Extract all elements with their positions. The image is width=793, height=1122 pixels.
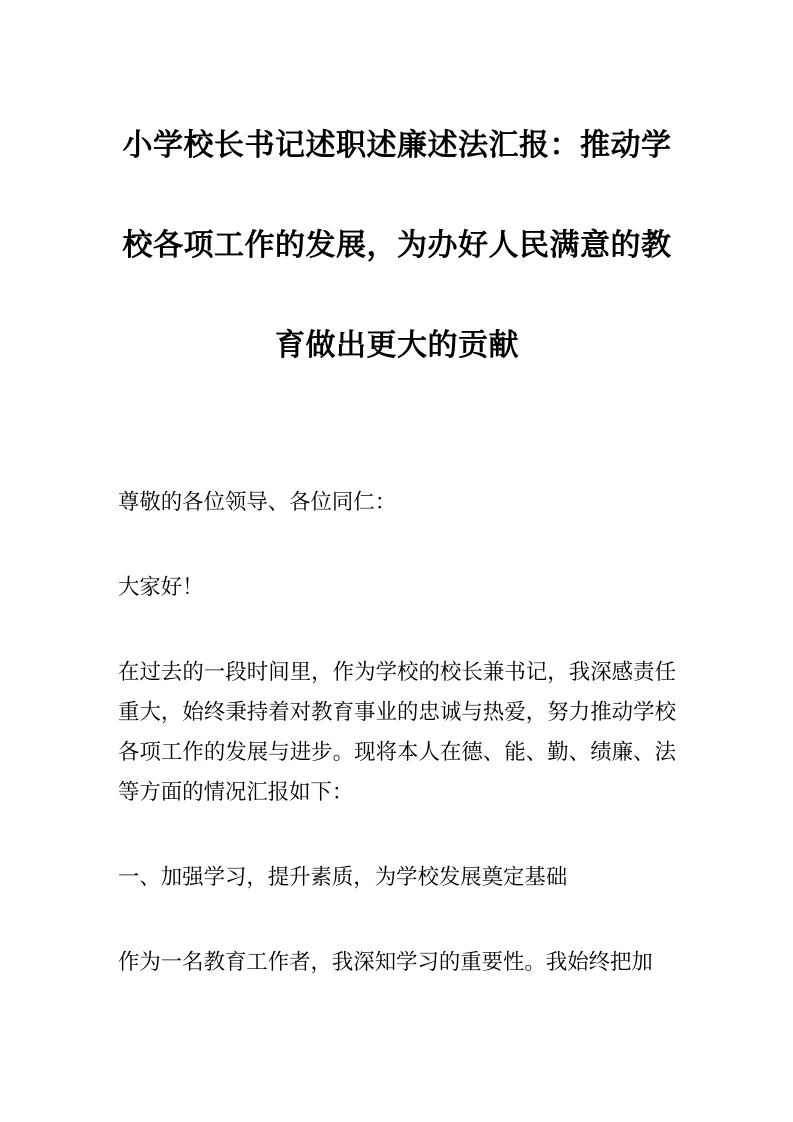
- section-heading-1: 一、加强学习，提升素质，为学校发展奠定基础: [118, 857, 676, 897]
- title-line-3: 育做出更大的贡献: [118, 296, 676, 396]
- section-1-paragraph: 作为一名教育工作者，我深知学习的重要性。我始终把加: [118, 942, 676, 982]
- salutation-paragraph: 尊敬的各位领导、各位同仁：: [118, 482, 676, 522]
- document-page: 小学校长书记述职述廉述法汇报：推动学 校各项工作的发展，为办好人民满意的教 育做…: [0, 0, 793, 1122]
- intro-paragraph: 在过去的一段时间里，作为学校的校长兼书记，我深感责任重大，始终秉持着对教育事业的…: [118, 652, 676, 812]
- document-body: 尊敬的各位领导、各位同仁： 大家好！ 在过去的一段时间里，作为学校的校长兼书记，…: [118, 482, 676, 982]
- title-line-2: 校各项工作的发展，为办好人民满意的教: [118, 196, 676, 296]
- title-line-1: 小学校长书记述职述廉述法汇报：推动学: [118, 96, 676, 196]
- document-title: 小学校长书记述职述廉述法汇报：推动学 校各项工作的发展，为办好人民满意的教 育做…: [118, 96, 676, 396]
- greeting-paragraph: 大家好！: [118, 567, 676, 607]
